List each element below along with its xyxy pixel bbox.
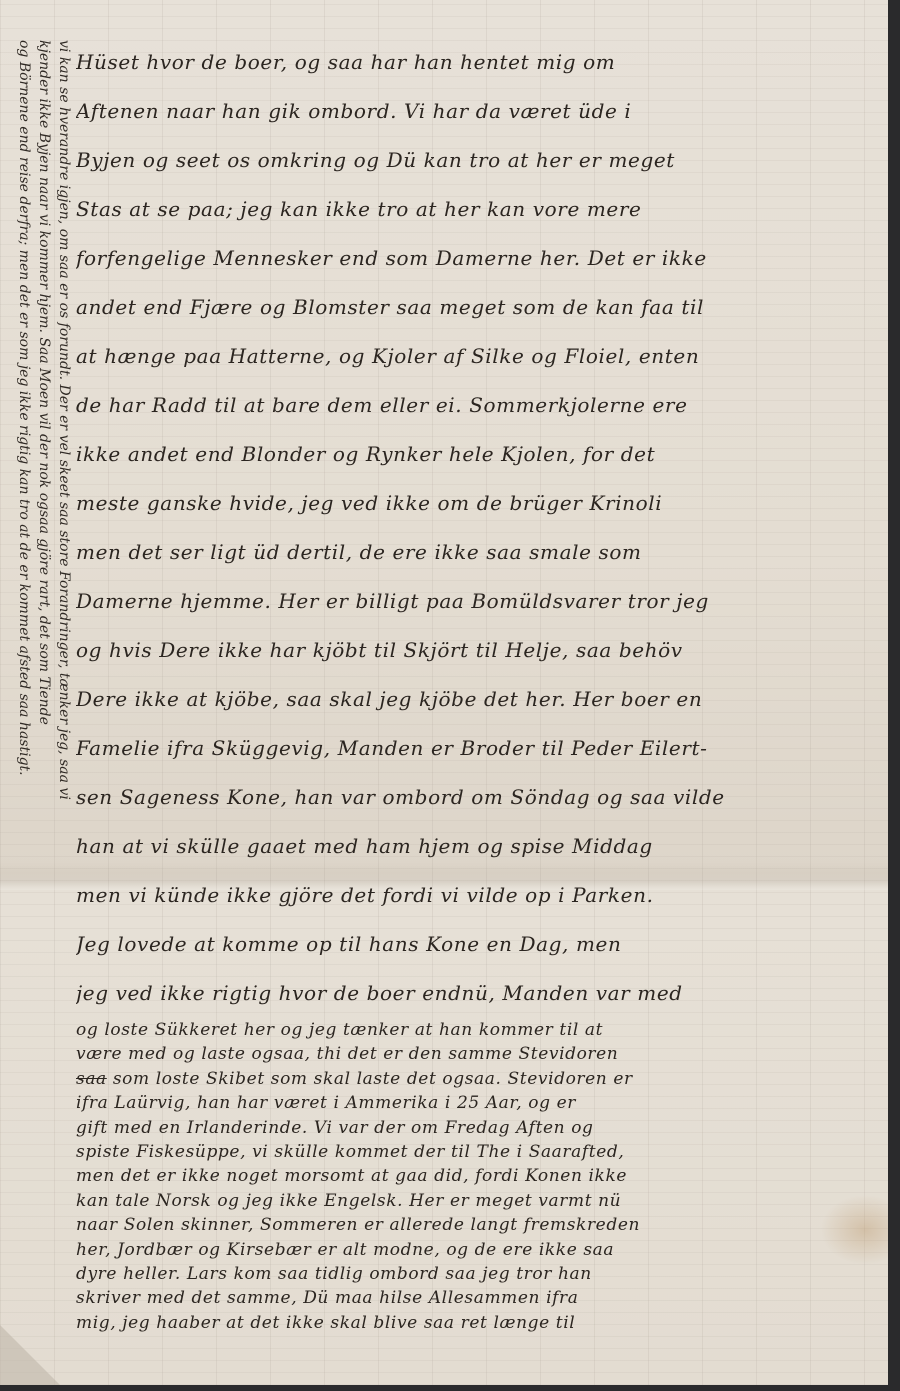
letter-line: naar Solen skinner, Sommeren er allerede… [76,1213,888,1237]
letter-line: kan tale Norsk og jeg ikke Engelsk. Her … [76,1189,888,1213]
letter-line: være med og laste ogsaa, thi det er den … [76,1042,888,1066]
letter-line: gift med en Irlanderinde. Vi var der om … [76,1116,888,1140]
letter-line: Damerne hjemme. Her er billigt paa Bomül… [76,577,888,626]
letter-line: men vi künde ikke gjöre det fordi vi vil… [76,871,888,920]
letter-line: Byjen og seet os omkring og Dü kan tro a… [76,136,888,185]
margin-line: kjender ikke Byjen naar vi kommer hjem. … [34,40,54,1360]
letter-line: han at vi skülle gaaet med ham hjem og s… [76,822,888,871]
letter-line: Hüset hvor de boer, og saa har han hente… [76,38,888,87]
letter-line-text: som loste Skibet som skal laste det ogsa… [113,1069,633,1089]
letter-line: spiste Fiskesüppe, vi skülle kommet der … [76,1140,888,1164]
letter-line: de har Radd til at bare dem eller ei. So… [76,381,888,430]
letter-line: saa som loste Skibet som skal laste det … [76,1067,888,1091]
letter-line: Famelie ifra Sküggevig, Manden er Broder… [76,724,888,773]
margin-line: og Börnene end reise derfra; men det er … [14,40,34,1360]
letter-line: ikke andet end Blonder og Rynker hele Kj… [76,430,888,479]
letter-line: Jeg lovede at komme op til hans Kone en … [76,920,888,969]
letter-page: Hüset hvor de boer, og saa har han hente… [0,0,888,1385]
letter-line: andet end Fjære og Blomster saa meget so… [76,283,888,332]
letter-line: meste ganske hvide, jeg ved ikke om de b… [76,479,888,528]
letter-line: ifra Laürvig, han har været i Ammerika i… [76,1091,888,1115]
letter-line: og loste Sükkeret her og jeg tænker at h… [76,1018,888,1042]
letter-line: Stas at se paa; jeg kan ikke tro at her … [76,185,888,234]
margin-line: vi kan se hverandre igjen, om saa er os … [54,40,74,1360]
letter-line: forfengelige Mennesker end som Damerne h… [76,234,888,283]
letter-line: her, Jordbær og Kirsebær er alt modne, o… [76,1238,888,1262]
letter-line: skriver med det samme, Dü maa hilse Alle… [76,1286,888,1310]
letter-line: Dere ikke at kjöbe, saa skal jeg kjöbe d… [76,675,888,724]
letter-line: jeg ved ikke rigtig hvor de boer endnü, … [76,969,888,1018]
letter-line: men det er ikke noget morsomt at gaa did… [76,1164,888,1188]
letter-body: Hüset hvor de boer, og saa har han hente… [76,38,888,1335]
letter-line: at hænge paa Hatterne, og Kjoler af Silk… [76,332,888,381]
letter-line: og hvis Dere ikke har kjöbt til Skjört t… [76,626,888,675]
letter-line: dyre heller. Lars kom saa tidlig ombord … [76,1262,888,1286]
letter-line: sen Sageness Kone, han var ombord om Sön… [76,773,888,822]
letter-line: men det ser ligt üd dertil, de ere ikke … [76,528,888,577]
struck-out-word: saa [76,1069,107,1089]
letter-line: mig, jeg haaber at det ikke skal blive s… [76,1311,888,1335]
vertical-margin-note: vi kan se hverandre igjen, om saa er os … [8,40,74,1360]
letter-line: Aftenen naar han gik ombord. Vi har da v… [76,87,888,136]
